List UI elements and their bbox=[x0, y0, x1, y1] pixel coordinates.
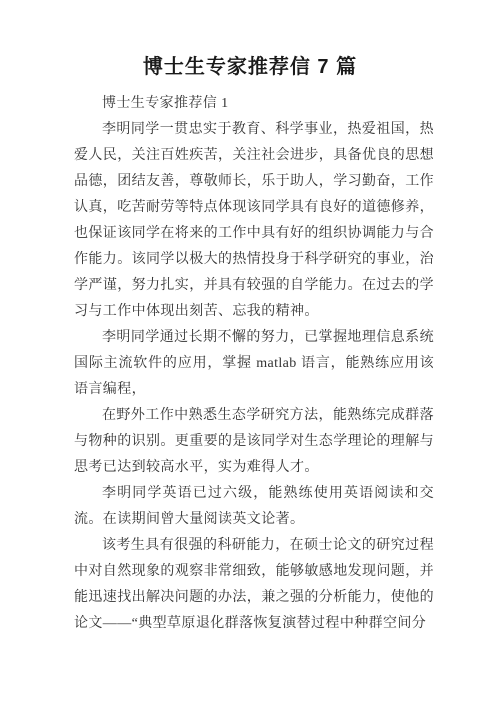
document-title: 博士生专家推荐信 7 篇 bbox=[0, 0, 500, 80]
document-body: 博士生专家推荐信 1 李明同学一贯忠实于教育、科学事业，热爱祖国，热爱人民，关注… bbox=[74, 91, 434, 637]
document-page: 博士生专家推荐信 7 篇 博士生专家推荐信 1 李明同学一贯忠实于教育、科学事业… bbox=[0, 0, 500, 707]
paragraph-1: 李明同学一贯忠实于教育、科学事业，热爱祖国，热爱人民，关注百姓疾苦，关注社会进步… bbox=[74, 117, 434, 325]
paragraph-2: 李明同学通过长期不懈的努力，已掌握地理信息系统国际主流软件的应用，掌握 matl… bbox=[74, 325, 434, 403]
paragraph-3: 在野外工作中熟悉生态学研究方法，能熟练完成群落与物种的识别。更重要的是该同学对生… bbox=[74, 403, 434, 481]
section-heading: 博士生专家推荐信 1 bbox=[74, 91, 434, 117]
paragraph-5: 该考生具有很强的科研能力，在硕士论文的研究过程中对自然现象的观察非常细致，能够敏… bbox=[74, 533, 434, 637]
paragraph-4: 李明同学英语已过六级，能熟练使用英语阅读和交流。在读期间曾大量阅读英文论著。 bbox=[74, 481, 434, 533]
